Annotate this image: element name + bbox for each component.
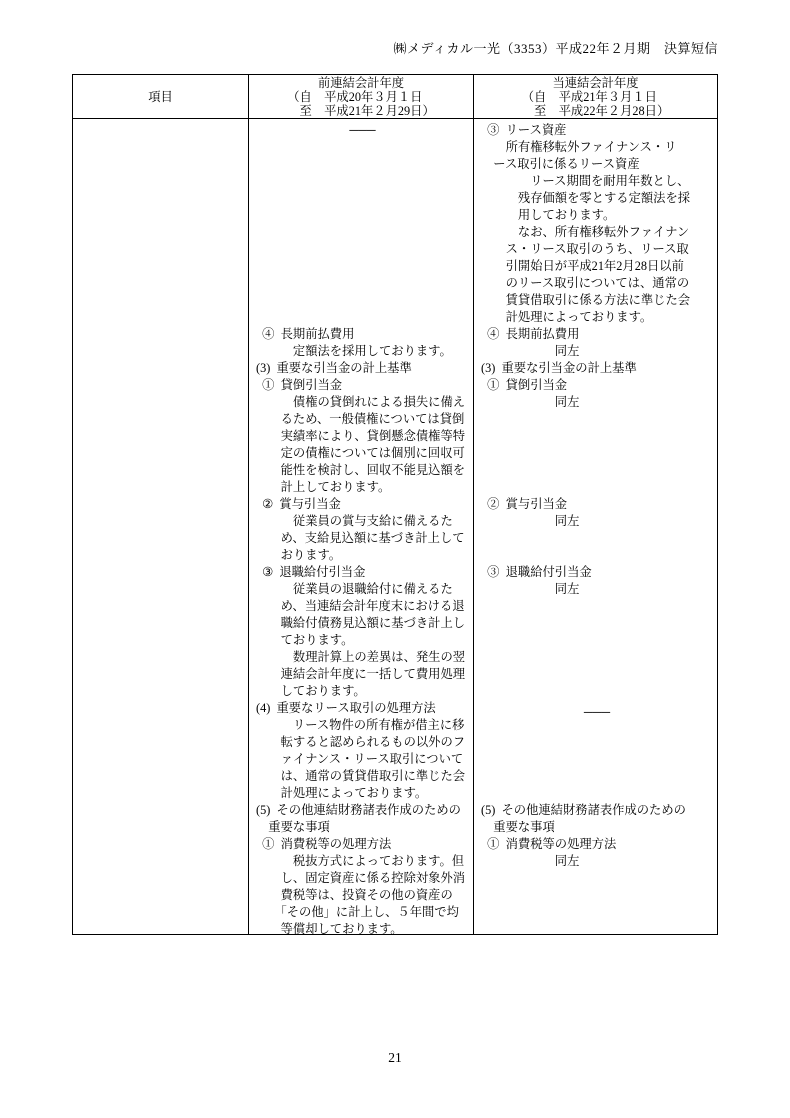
curr-bonus-provision-text: ② 賞与引当金 同左 [481,496,713,530]
spacer [481,530,713,564]
page-number: 21 [0,1050,790,1066]
prev-year-title: 前連結会計年度 [249,76,473,90]
spacer [256,139,469,326]
curr-year-cell: ③ リース資産 所有権移転外ファイナンス・リ ース取引に係るリース資産 リース期… [474,119,717,934]
curr-lease-asset-text: ③ リース資産 所有権移転外ファイナンス・リ ース取引に係るリース資産 リース期… [481,122,713,326]
column-header-item-label: 項目 [148,90,173,104]
report-title: ㈱メディカル一光（3353）平成22年２月期 決算短信 [394,41,718,56]
column-header-prev-year: 前連結会計年度 （自 平成20年３月１日 至 平成21年２月29日） [249,75,474,119]
accounting-policy-table: 項目 前連結会計年度 （自 平成20年３月１日 至 平成21年２月29日） 当連… [72,74,718,935]
prev-year-cell: ─── ④ 長期前払費用 定額法を採用しております。 (3) 重要な引当金の計上… [249,119,474,934]
item-cell-empty [73,119,249,934]
curr-retirement-provision-text: ③ 退職給付引当金 同左 [481,564,713,598]
document-page: ㈱メディカル一光（3353）平成22年２月期 決算短信 項目 前連結会計年度 （… [0,0,790,1118]
curr-other-items-text: (5) その他連結財務諸表作成のための 重要な事項 ① 消費税等の処理方法 同左 [481,802,713,870]
column-header-curr-year: 当連結会計年度 （自 平成21年３月１日 至 平成22年２月28日） [474,75,717,119]
prev-year-policy-text: ④ 長期前払費用 定額法を採用しております。 (3) 重要な引当金の計上基準 ①… [256,326,469,934]
curr-provisions-text: ④ 長期前払費用 同左 (3) 重要な引当金の計上基準 ① 貸倒引当金 同左 [481,326,713,411]
dash-separator: ─── [481,704,713,721]
spacer [481,598,713,704]
spacer [481,721,713,802]
column-header-item: 項目 [73,75,249,119]
curr-year-title: 当連結会計年度 [474,76,717,90]
prev-year-period: （自 平成20年３月１日 至 平成21年２月29日） [287,90,435,118]
dash-separator: ─── [256,122,469,139]
spacer [481,411,713,496]
curr-year-period: （自 平成21年３月１日 至 平成22年２月28日） [522,90,670,118]
